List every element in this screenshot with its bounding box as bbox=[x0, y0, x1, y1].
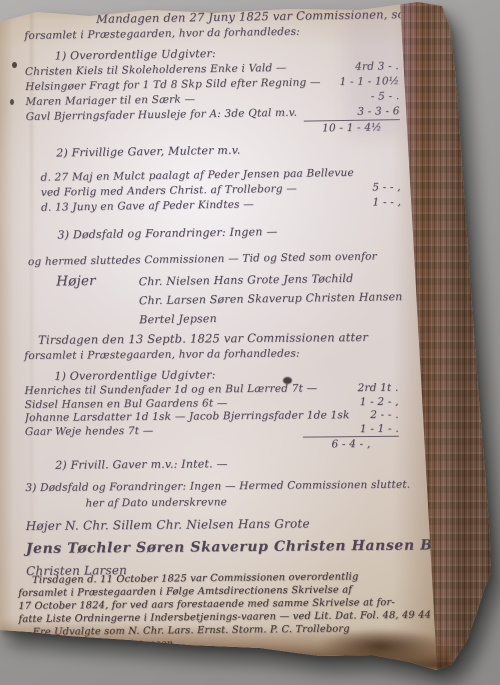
closing-line: og hermed sluttedes Commissionen — Tid o… bbox=[28, 248, 402, 270]
entry-13-september-1825: Tirsdagen den 13 Septb. 1825 var Commiss… bbox=[24, 329, 400, 582]
section-heading-gifts: 2) Frivillige Gaver, Mulcter m.v. bbox=[26, 140, 400, 162]
section-heading-deaths: 3) Dødsfald og Forandringer: Ingen — bbox=[27, 222, 401, 244]
entry-intro-line: forsamlet i Præstegaarden, hvor da forha… bbox=[24, 345, 398, 364]
ledger-sum: 6 - 4 - , bbox=[303, 436, 399, 452]
entry-date-line: Tirsdagen den 13 Septb. 1825 var Commiss… bbox=[24, 329, 398, 348]
ledger-amount: 1 - 1 - . bbox=[354, 422, 399, 436]
signature-row: Jens Tøchler Søren Skaverup Christen Han… bbox=[26, 534, 400, 561]
entry-11-october-1825: Tirsdagen d. 11 October 1825 var Commiss… bbox=[18, 570, 429, 652]
ledger-amount: 4rd 3 - . bbox=[349, 59, 399, 75]
ledger-amount: 3 - 3 - 6 bbox=[351, 104, 400, 120]
ledger-amount: - 5 - . bbox=[365, 89, 400, 105]
ledger-text: Gaar Weje hendes 7t — bbox=[25, 423, 354, 439]
ledger-amount: 1 - 2 - , bbox=[354, 395, 399, 409]
manuscript-book: Mandagen den 27 Juny 1825 var Commission… bbox=[0, 0, 500, 685]
ledger-amount: 1 - 1 - 10½ bbox=[333, 74, 399, 90]
closing-line: her af Dato underskrevne bbox=[25, 493, 399, 512]
signature-chairman: Højer bbox=[28, 272, 139, 331]
book-page-block: Mandagen den 27 Juny 1825 var Commission… bbox=[0, 0, 500, 685]
gift-amount: 1 - - , bbox=[366, 195, 401, 211]
gift-amount: 5 - - , bbox=[366, 180, 401, 196]
signature-members: Chr. Nielsen Hans Grote Jens Tøchild Chr… bbox=[139, 268, 403, 329]
photograph-background: Mandagen den 27 Juny 1825 var Commission… bbox=[0, 0, 500, 685]
ledger-amount: 2rd 1t . bbox=[352, 382, 399, 396]
ledger-sum: 10 - 1 - 4½ bbox=[304, 119, 400, 136]
ledger-amount: 2 - - . bbox=[364, 409, 399, 423]
section-heading-gifts: 2) Frivill. Gaver m.v.: Intet. — bbox=[25, 455, 399, 474]
section-heading-deaths: 3) Dødsfald og Forandringer: Ingen — Her… bbox=[25, 477, 399, 496]
entry-27-june-1825: Mandagen den 27 Juny 1825 var Commission… bbox=[24, 6, 403, 331]
signature-block: Højer Chr. Nielsen Hans Grote Jens Tøchi… bbox=[28, 268, 403, 331]
